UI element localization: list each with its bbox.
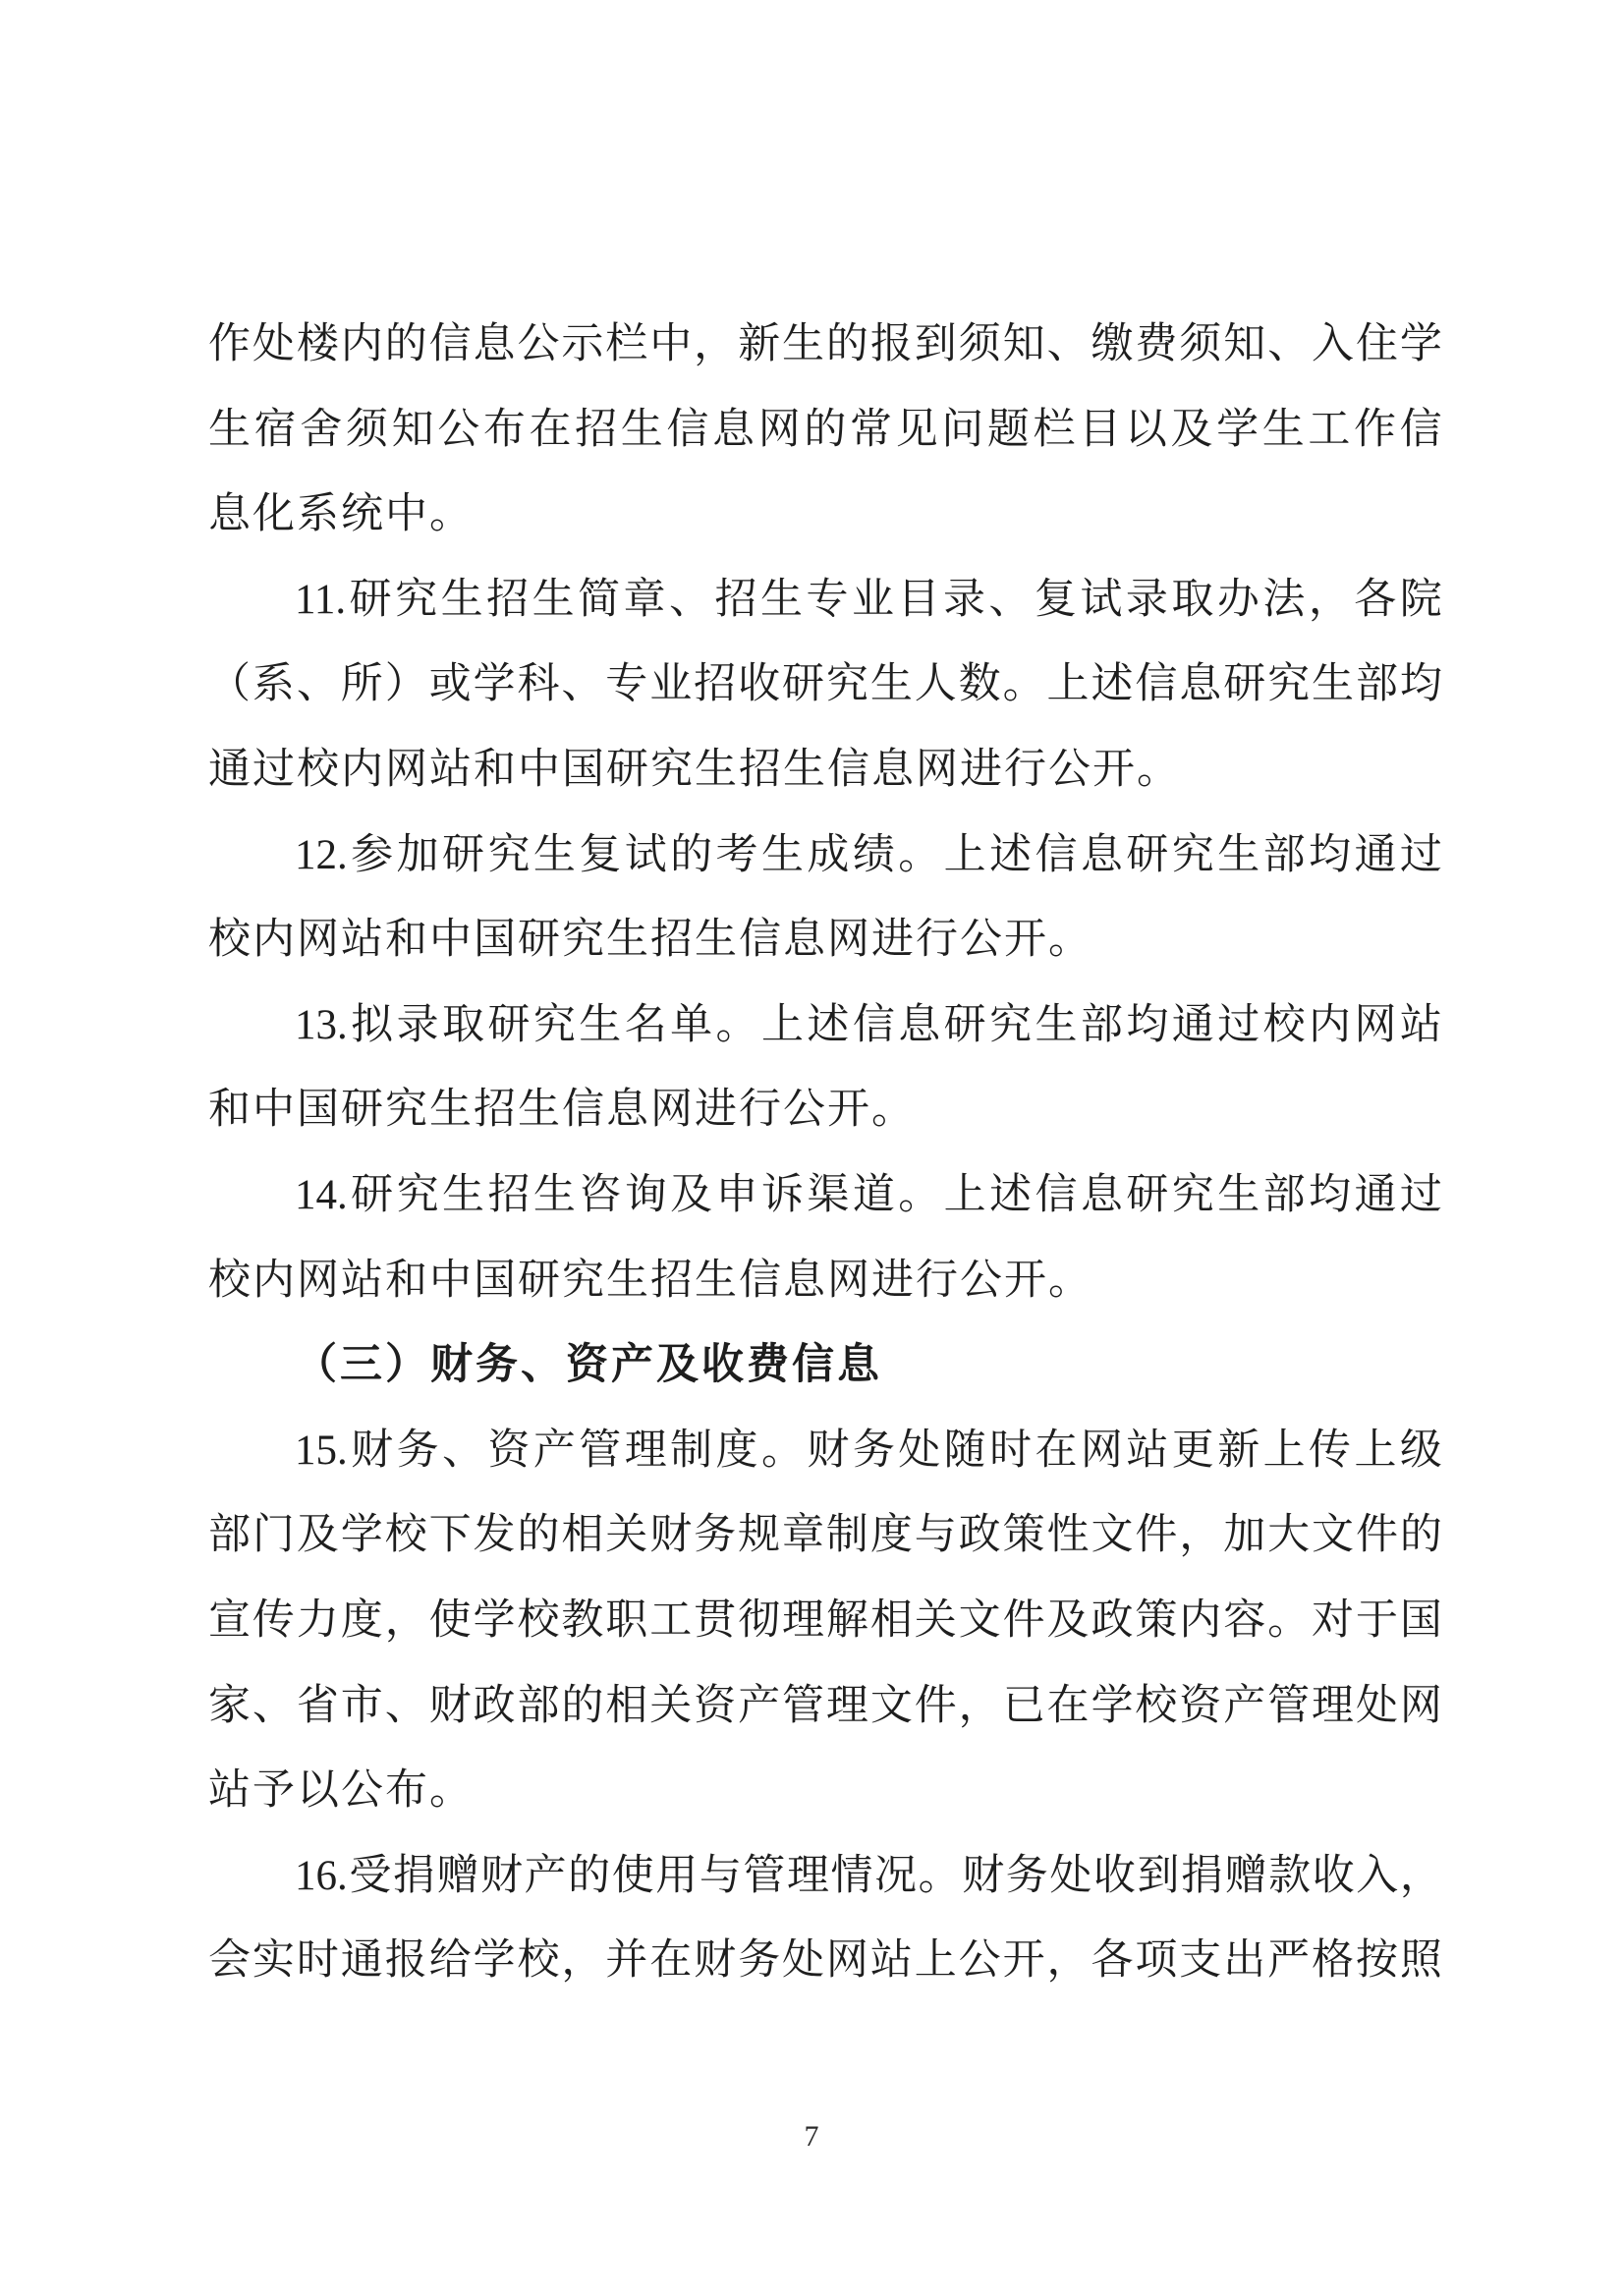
text-line: 校内网站和中国研究生招生信息网进行公开。 xyxy=(208,898,1442,983)
page-number: 7 xyxy=(0,2120,1623,2154)
text-line: 家、省市、财政部的相关资产管理文件，已在学校资产管理处网 xyxy=(208,1664,1442,1750)
text-line: 站予以公布。 xyxy=(208,1749,1442,1834)
text-line: 会实时通报给学校，并在财务处网站上公开，各项支出严格按照 xyxy=(208,1919,1442,2004)
text-line: 作处楼内的信息公示栏中，新生的报到须知、缴费须知、入住学 xyxy=(208,303,1442,388)
text-line: 13.拟录取研究生名单。上述信息研究生部均通过校内网站 xyxy=(208,983,1442,1069)
text-line: 校内网站和中国研究生招生信息网进行公开。 xyxy=(208,1239,1442,1324)
text-line: 部门及学校下发的相关财务规章制度与政策性文件，加大文件的 xyxy=(208,1493,1442,1579)
text-line: 11.研究生招生简章、招生专业目录、复试录取办法，各院 xyxy=(208,558,1442,644)
text-line: 14.研究生招生咨询及申诉渠道。上述信息研究生部均通过 xyxy=(208,1153,1442,1239)
text-line: 生宿舍须知公布在招生信息网的常见问题栏目以及学生工作信 xyxy=(208,388,1442,474)
text-line: 通过校内网站和中国研究生招生信息网进行公开。 xyxy=(208,728,1442,813)
text-line: 宣传力度，使学校教职工贯彻理解相关文件及政策内容。对于国 xyxy=(208,1579,1442,1664)
section-heading: （三）财务、资产及收费信息 xyxy=(208,1323,1442,1409)
text-line: 15.财务、资产管理制度。财务处随时在网站更新上传上级 xyxy=(208,1409,1442,1494)
text-line: 息化系统中。 xyxy=(208,473,1442,558)
text-line: 16.受捐赠财产的使用与管理情况。财务处收到捐赠款收入， xyxy=(208,1834,1442,1920)
text-line: 12.参加研究生复试的考生成绩。上述信息研究生部均通过 xyxy=(208,813,1442,899)
text-line: 和中国研究生招生信息网进行公开。 xyxy=(208,1068,1442,1153)
document-body: 作处楼内的信息公示栏中，新生的报到须知、缴费须知、入住学生宿舍须知公布在招生信息… xyxy=(208,303,1442,2004)
document-page: 作处楼内的信息公示栏中，新生的报到须知、缴费须知、入住学生宿舍须知公布在招生信息… xyxy=(0,0,1623,2296)
text-line: （系、所）或学科、专业招收研究生人数。上述信息研究生部均 xyxy=(208,643,1442,728)
